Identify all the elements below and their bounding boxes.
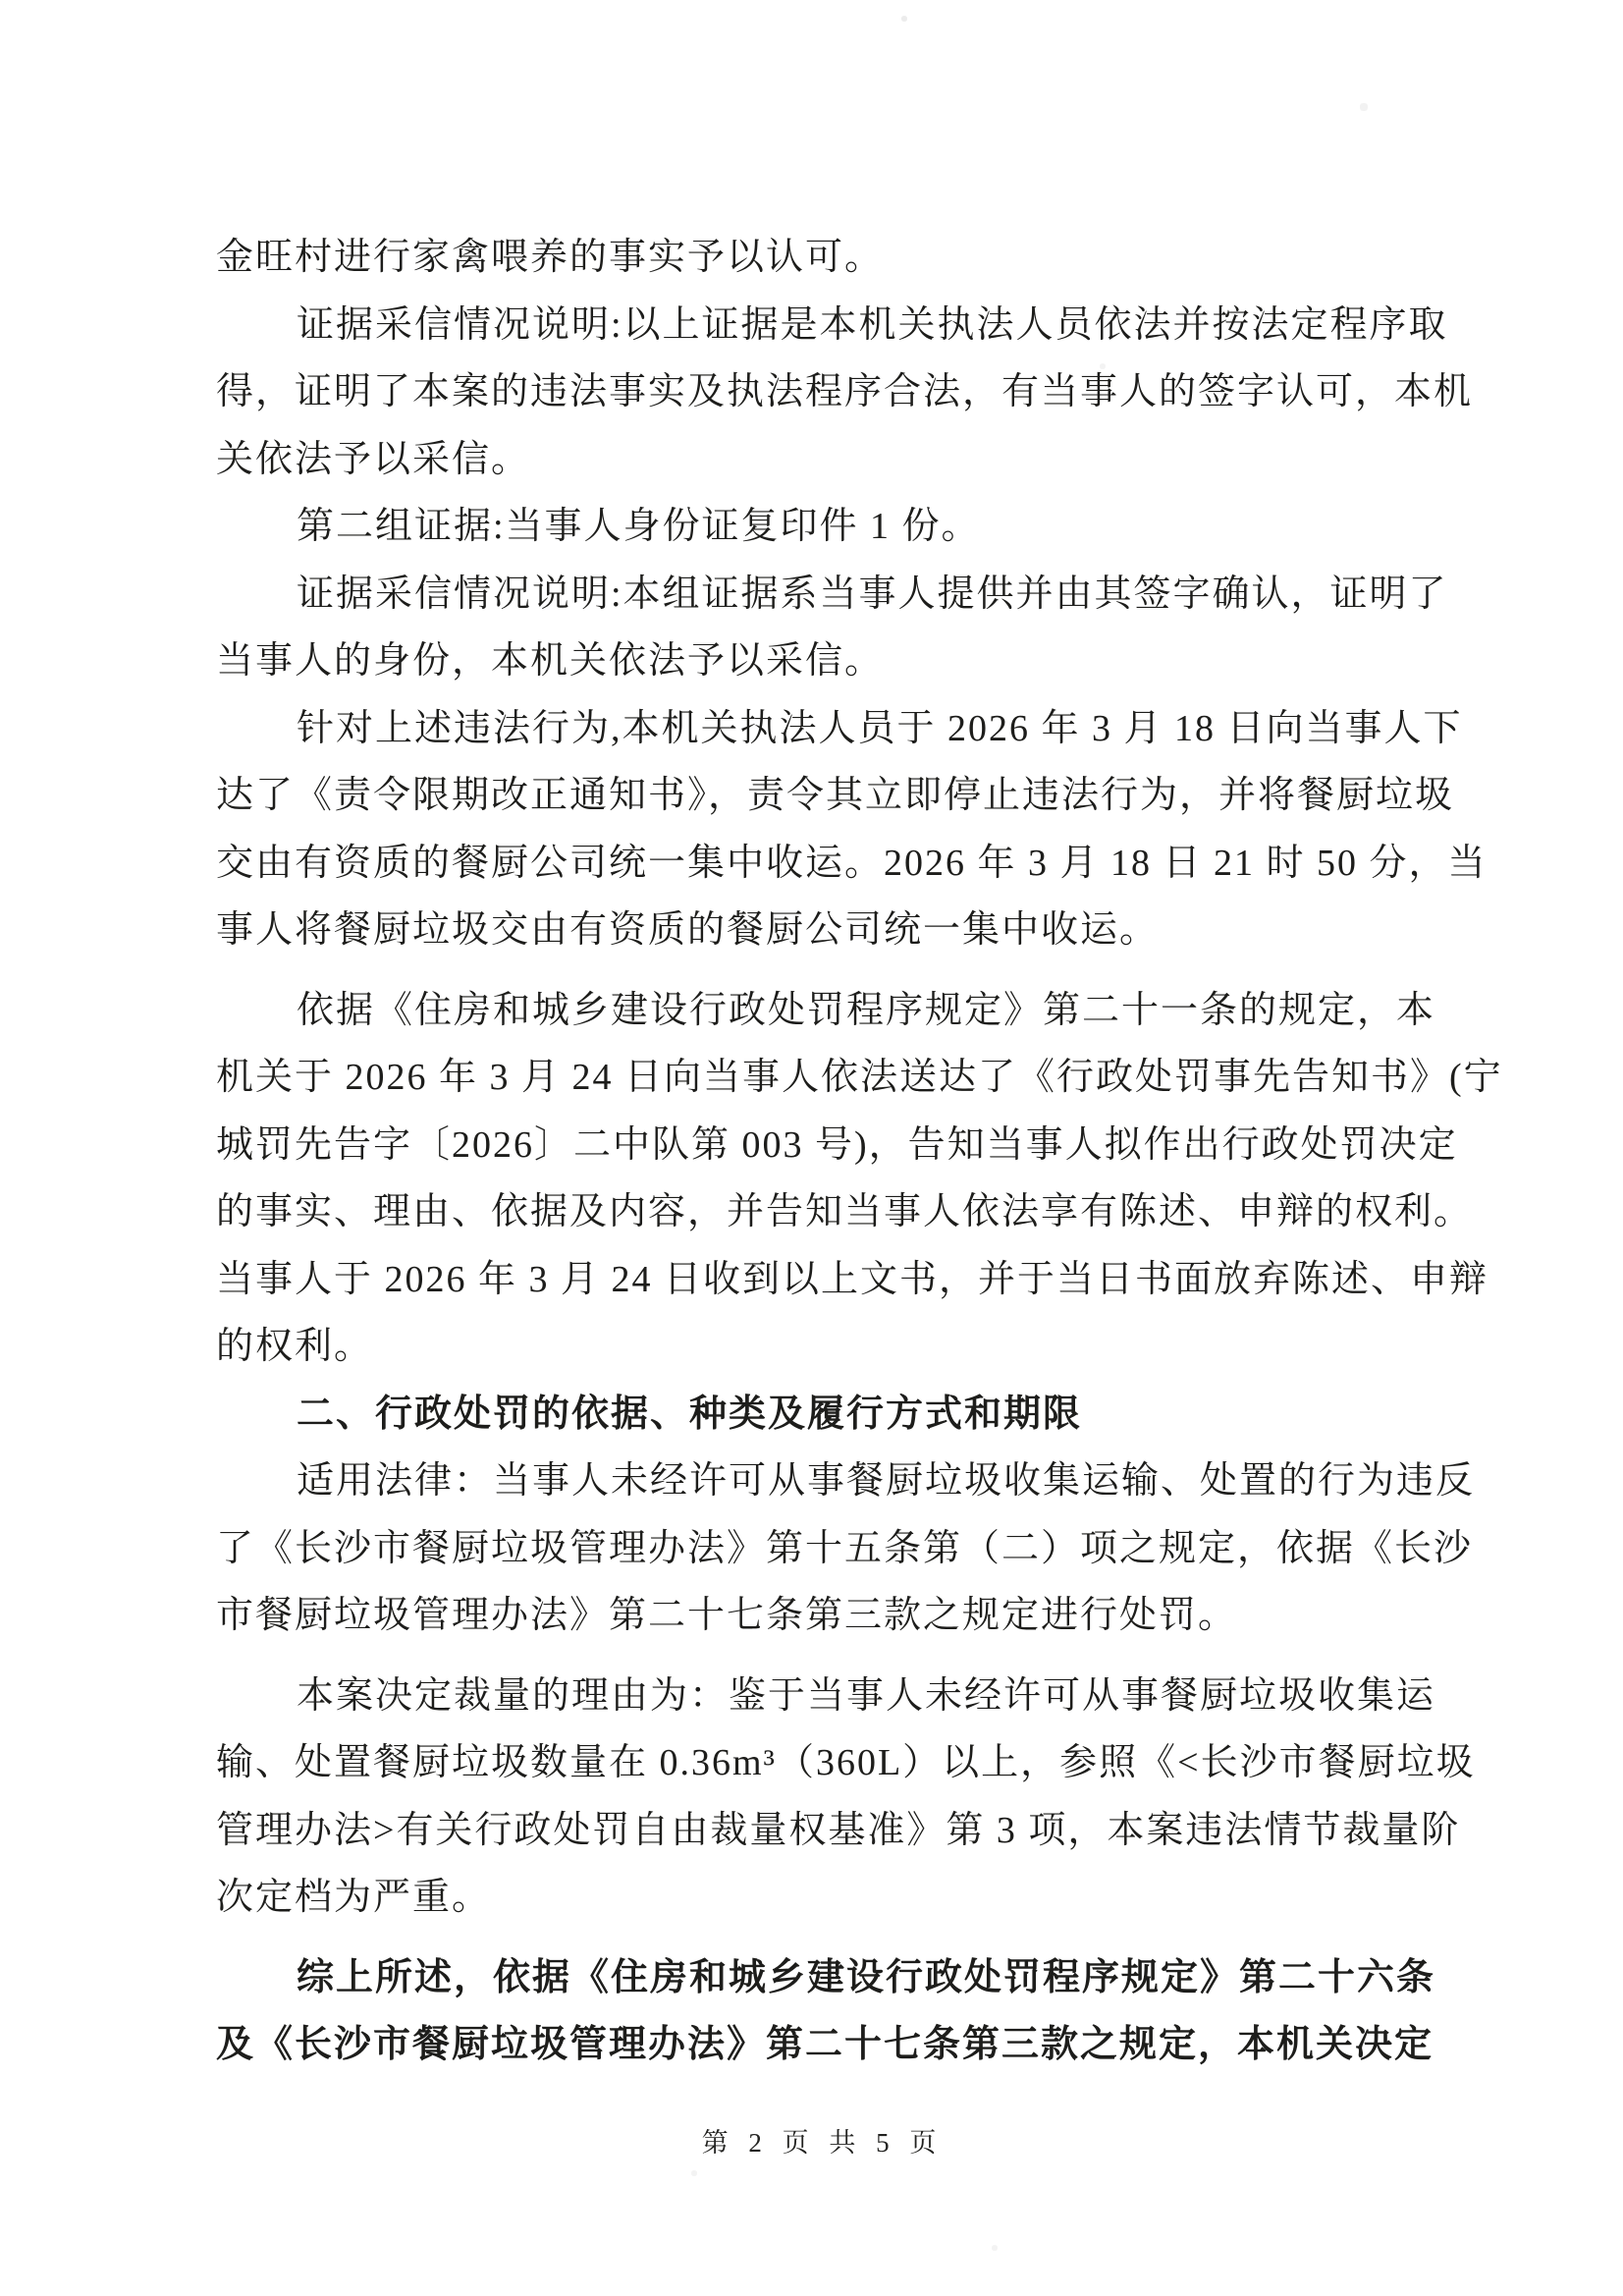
- text-line: 机关于 2026 年 3 月 24 日向当事人依法送达了《行政处罚事先告知书》(…: [216, 1044, 1485, 1112]
- page-number-footer: 第 2 页 共 5 页: [0, 2121, 1623, 2159]
- text-line: 交由有资质的餐厨公司统一集中收运。2026 年 3 月 18 日 21 时 50…: [216, 830, 1485, 898]
- text-line: 城罚先告字〔2026〕二中队第 003 号)，告知当事人拟作出行政处罚决定: [216, 1112, 1485, 1179]
- text-line: 证据采信情况说明:本组证据系当事人提供并由其签字确认，证明了: [216, 561, 1485, 629]
- text-line: 及《长沙市餐厨垃圾管理办法》第二十七条第三款之规定，本机关决定: [216, 2011, 1485, 2079]
- text-line: 证据采信情况说明:以上证据是本机关执法人员依法并按法定程序取: [216, 292, 1485, 359]
- text-line: 金旺村进行家禽喂养的事实予以认可。: [216, 224, 1485, 292]
- text-line: 管理办法>有关行政处罚自由裁量权基准》第 3 项，本案违法情节裁量阶: [216, 1797, 1485, 1865]
- text-line: 市餐厨垃圾管理办法》第二十七条第三款之规定进行处罚。: [216, 1582, 1485, 1650]
- text-line: 当事人的身份，本机关依法予以采信。: [216, 628, 1485, 695]
- text-line: 当事人于 2026 年 3 月 24 日收到以上文书，并于当日书面放弃陈述、申辩: [216, 1246, 1485, 1314]
- text-line: 二、行政处罚的依据、种类及履行方式和期限: [216, 1381, 1485, 1449]
- text-line: 次定档为严重。: [216, 1864, 1485, 1932]
- text-line: 第二组证据:当事人身份证复印件 1 份。: [216, 493, 1485, 561]
- text-line: 得，证明了本案的违法事实及执法程序合法，有当事人的签字认可，本机: [216, 358, 1485, 426]
- document-page: 金旺村进行家禽喂养的事实予以认可。证据采信情况说明:以上证据是本机关执法人员依法…: [0, 0, 1623, 2296]
- text-line: 关依法予以采信。: [216, 426, 1485, 494]
- text-line: 针对上述违法行为,本机关执法人员于 2026 年 3 月 18 日向当事人下: [216, 695, 1485, 763]
- text-line: 了《长沙市餐厨垃圾管理办法》第十五条第（二）项之规定，依据《长沙: [216, 1515, 1485, 1583]
- text-line: 输、处置餐厨垃圾数量在 0.36m³（360L）以上，参照《<长沙市餐厨垃圾: [216, 1729, 1485, 1797]
- text-line: 依据《住房和城乡建设行政处罚程序规定》第二十一条的规定，本: [216, 977, 1485, 1045]
- text-line: 本案决定裁量的理由为：鉴于当事人未经许可从事餐厨垃圾收集运: [216, 1663, 1485, 1730]
- text-line: 的事实、理由、依据及内容，并告知当事人依法享有陈述、申辩的权利。: [216, 1178, 1485, 1246]
- text-line: 的权利。: [216, 1313, 1485, 1381]
- text-line: 综上所述，依据《住房和城乡建设行政处罚程序规定》第二十六条: [216, 1944, 1485, 2012]
- text-line: 适用法律：当事人未经许可从事餐厨垃圾收集运输、处置的行为违反: [216, 1448, 1485, 1515]
- text-line: 事人将餐厨垃圾交由有资质的餐厨公司统一集中收运。: [216, 897, 1485, 964]
- document-body: 金旺村进行家禽喂养的事实予以认可。证据采信情况说明:以上证据是本机关执法人员依法…: [216, 224, 1485, 2079]
- text-line: 达了《责令限期改正通知书》，责令其立即停止违法行为，并将餐厨垃圾: [216, 762, 1485, 830]
